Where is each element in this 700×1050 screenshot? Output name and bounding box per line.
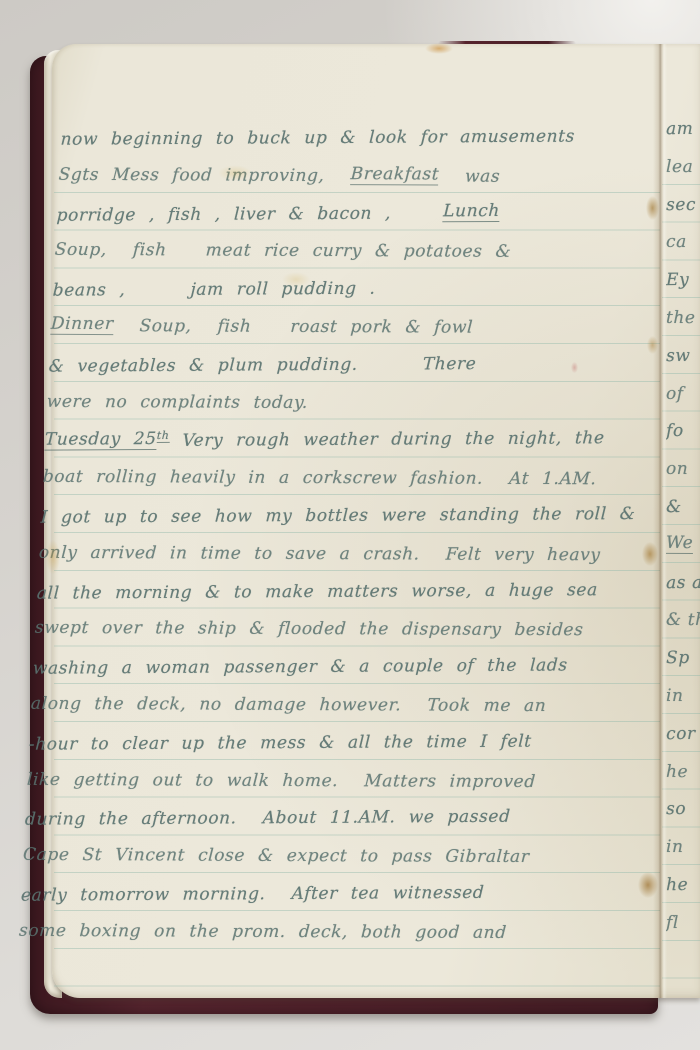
handwriting-segment: Soup, fish roast pork & fowl [113,318,473,337]
page-gutter-crease [653,44,667,998]
handwriting-line: I got up to see how my bottles were stan… [40,488,587,529]
handwriting-segment: on [666,461,688,478]
handwriting-segment: in [666,839,684,856]
handwriting-segment: am [666,121,694,138]
handwriting-segment: fl [666,914,679,931]
handwriting-line: Soup, fish meat rice curry & potatoes & [54,224,601,264]
handwriting-segment: of [666,385,684,402]
handwriting-segment: were no complaints today. [46,393,308,411]
handwriting-segment: Breakfast [350,166,440,185]
handwriting-segment: in [666,688,684,705]
handwriting-segment: the [666,310,696,327]
handwriting-line: early tomorrow morning. After tea witnes… [20,866,567,907]
handwriting-segment: some boxing on the prom. deck, both good… [19,922,508,941]
handwriting-line: We [666,520,700,558]
handwriting-segment: swept over the ship & flooded the dispen… [34,620,583,639]
handwriting-line: cor [666,709,700,747]
left-page-writing: now beginning to buck up & look for amus… [18,112,607,944]
handwriting-line: during the afternoon. About 11.AM. we pa… [24,791,571,832]
handwriting-line: Sgts Mess food improving, Breakfast was [58,149,605,189]
handwriting-segment: only arrived in time to save a crash. Fe… [38,544,601,563]
handwriting-segment: fo [666,423,684,440]
handwriting-segment: lea [666,159,693,176]
handwriting-line: so [666,784,700,822]
handwriting-segment: washing a woman passenger & a couple of … [32,657,568,677]
handwriting-line: he [666,860,700,898]
handwriting-line: fl [666,898,700,936]
handwriting-segment: like getting out to walk home. Matters i… [26,771,536,790]
handwriting-segment: porridge , fish , liver & bacon , [56,205,443,224]
handwriting-segment: as a [666,574,700,591]
handwriting-line: in [666,671,700,709]
handwriting-segment: beans , jam roll pudding . [52,281,376,300]
handwriting-segment: Lunch [443,202,501,221]
handwriting-segment: & vegetables & plum pudding. There [48,356,476,376]
handwriting-line: along the deck, no damage however. Took … [30,678,577,718]
handwriting-line: some boxing on the prom. deck, both good… [18,905,565,945]
handwriting-line: Dinner Soup, fish roast pork & fowl [50,300,597,340]
right-page-writing: amleaseccaEytheswoffoon&Weas a& thSpinco… [666,104,700,936]
handwriting-segment: Ey [666,272,689,289]
handwriting-line: were no complaints today. [46,375,593,415]
handwriting-line: sw [666,331,700,369]
handwriting-line: only arrived in time to save a crash. Fe… [38,527,585,567]
handwriting-segment: was [439,168,501,185]
handwriting-line: Tuesday 25th Very rough weather during t… [44,413,591,454]
handwriting-line: all the morning & to make matters worse,… [36,564,583,605]
handwriting-line: & vegetables & plum pudding. There [48,337,595,378]
handwriting-line: in [666,822,700,860]
handwriting-segment: cor [666,725,696,742]
handwriting-line: now beginning to buck up & look for amus… [60,110,607,151]
handwriting-line: fo [666,406,700,444]
handwriting-segment: along the deck, no damage however. Took … [30,696,546,715]
handwriting-segment: Sp [666,650,690,667]
handwriting-segment: boat rolling heavily in a corkscrew fash… [42,469,597,488]
handwriting-segment: Soup, fish meat rice curry & potatoes & [54,242,511,261]
handwriting-line: the [666,293,700,331]
handwriting-line: of [666,369,700,407]
handwriting-segment: during the afternoon. About 11.AM. we pa… [25,809,511,829]
handwriting-segment: & [666,499,682,516]
handwriting-line: lea [666,142,700,180]
handwriting-line: ca [666,217,700,255]
handwriting-segment: Sgts Mess food improving, [58,166,351,184]
handwriting-segment: -hour to clear up the mess & all the tim… [28,733,532,753]
handwriting-segment: now beginning to buck up & look for amus… [60,128,575,148]
handwriting-segment: so [666,801,686,818]
handwriting-segment: he [666,877,688,894]
handwriting-segment: he [666,763,688,780]
handwriting-line: & [666,482,700,520]
handwriting-line: boat rolling heavily in a corkscrew fash… [42,451,589,491]
handwriting-segment: We [666,534,693,553]
handwriting-line: he [666,746,700,784]
handwriting-segment: I got up to see how my bottles were stan… [40,506,635,527]
handwriting-segment: & th [666,612,700,629]
handwriting-segment: ca [666,234,687,251]
handwriting-segment: all the morning & to make matters worse,… [36,582,598,602]
handwriting-segment: sec [666,196,696,213]
handwriting-segment: Tuesday 25 [44,431,157,451]
handwriting-segment: sw [666,348,691,365]
handwriting-line: sec [666,179,700,217]
handwriting-line: -hour to clear up the mess & all the tim… [28,715,575,756]
handwriting-segment: Cape St Vincent close & expect to pass G… [23,847,530,866]
handwriting-line: washing a woman passenger & a couple of … [32,639,579,680]
handwriting-segment: Very rough weather during the night, the [169,430,605,450]
handwriting-line: like getting out to walk home. Matters i… [26,753,573,793]
handwriting-line: beans , jam roll pudding . [52,262,599,303]
handwriting-segment: Dinner [50,316,114,335]
handwriting-segment: th [156,430,169,443]
handwriting-line: am [666,104,700,142]
photo-of-diary: { "document": { "kind": "handwritten dia… [0,0,700,1050]
handwriting-line: on [666,444,700,482]
handwriting-line: swept over the ship & flooded the dispen… [34,602,581,642]
handwriting-line: & th [666,595,700,633]
handwriting-line: Sp [666,633,700,671]
handwriting-line: Ey [666,255,700,293]
handwriting-line: porridge , fish , liver & bacon , Lunch [56,186,603,227]
handwriting-segment: early tomorrow morning. After tea witnes… [21,885,485,905]
handwriting-line: Cape St Vincent close & expect to pass G… [22,829,569,869]
handwriting-line: as a [666,557,700,595]
